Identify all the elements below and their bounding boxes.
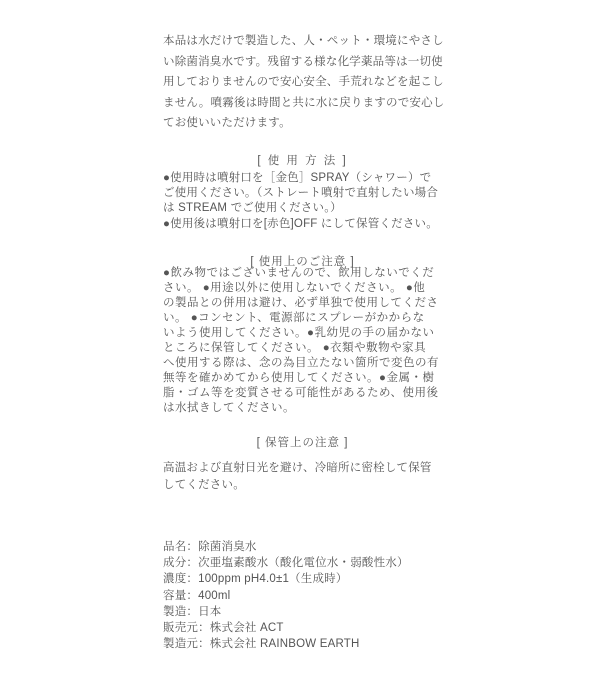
- intro-paragraph: 本品は水だけで製造した、人・ペット・環境にやさし い除菌消臭水です。残留する様な…: [163, 31, 453, 134]
- storage-text: 高温および直射日光を避け、冷暗所に密栓して保管 してください。: [163, 460, 453, 494]
- product-description-page: 本品は水だけで製造した、人・ペット・環境にやさし い除菌消臭水です。残留する様な…: [0, 0, 600, 688]
- precautions-text: ●飲み物ではございませんので、飲用しないでくだ さい。 ●用途以外に使用しないで…: [163, 266, 453, 416]
- spec-row-product-name: 品名：除菌消臭水: [163, 539, 453, 555]
- product-spec-list: 品名：除菌消臭水 成分：次亜塩素酸水（酸化電位水・弱酸性水） 濃度：100ppm…: [163, 539, 453, 652]
- usage-section-heading: [ 使 用 方 法 ]: [163, 152, 442, 168]
- usage-instructions: ●使用時は噴射口を［金色］SPRAY（シャワー）で ご使用ください。（ストレート…: [163, 171, 453, 232]
- spec-row-volume: 容量：400ml: [163, 588, 453, 604]
- spec-row-manufacturer: 製造元：株式会社 RAINBOW EARTH: [163, 636, 453, 652]
- spec-row-ingredients: 成分：次亜塩素酸水（酸化電位水・弱酸性水）: [163, 555, 453, 571]
- storage-section-heading: [ 保管上の注意 ]: [163, 434, 442, 450]
- spec-row-concentration: 濃度：100ppm pH4.0±1（生成時）: [163, 571, 453, 587]
- spec-row-seller: 販売元：株式会社 ACT: [163, 620, 453, 636]
- spec-row-made-in: 製造：日本: [163, 604, 453, 620]
